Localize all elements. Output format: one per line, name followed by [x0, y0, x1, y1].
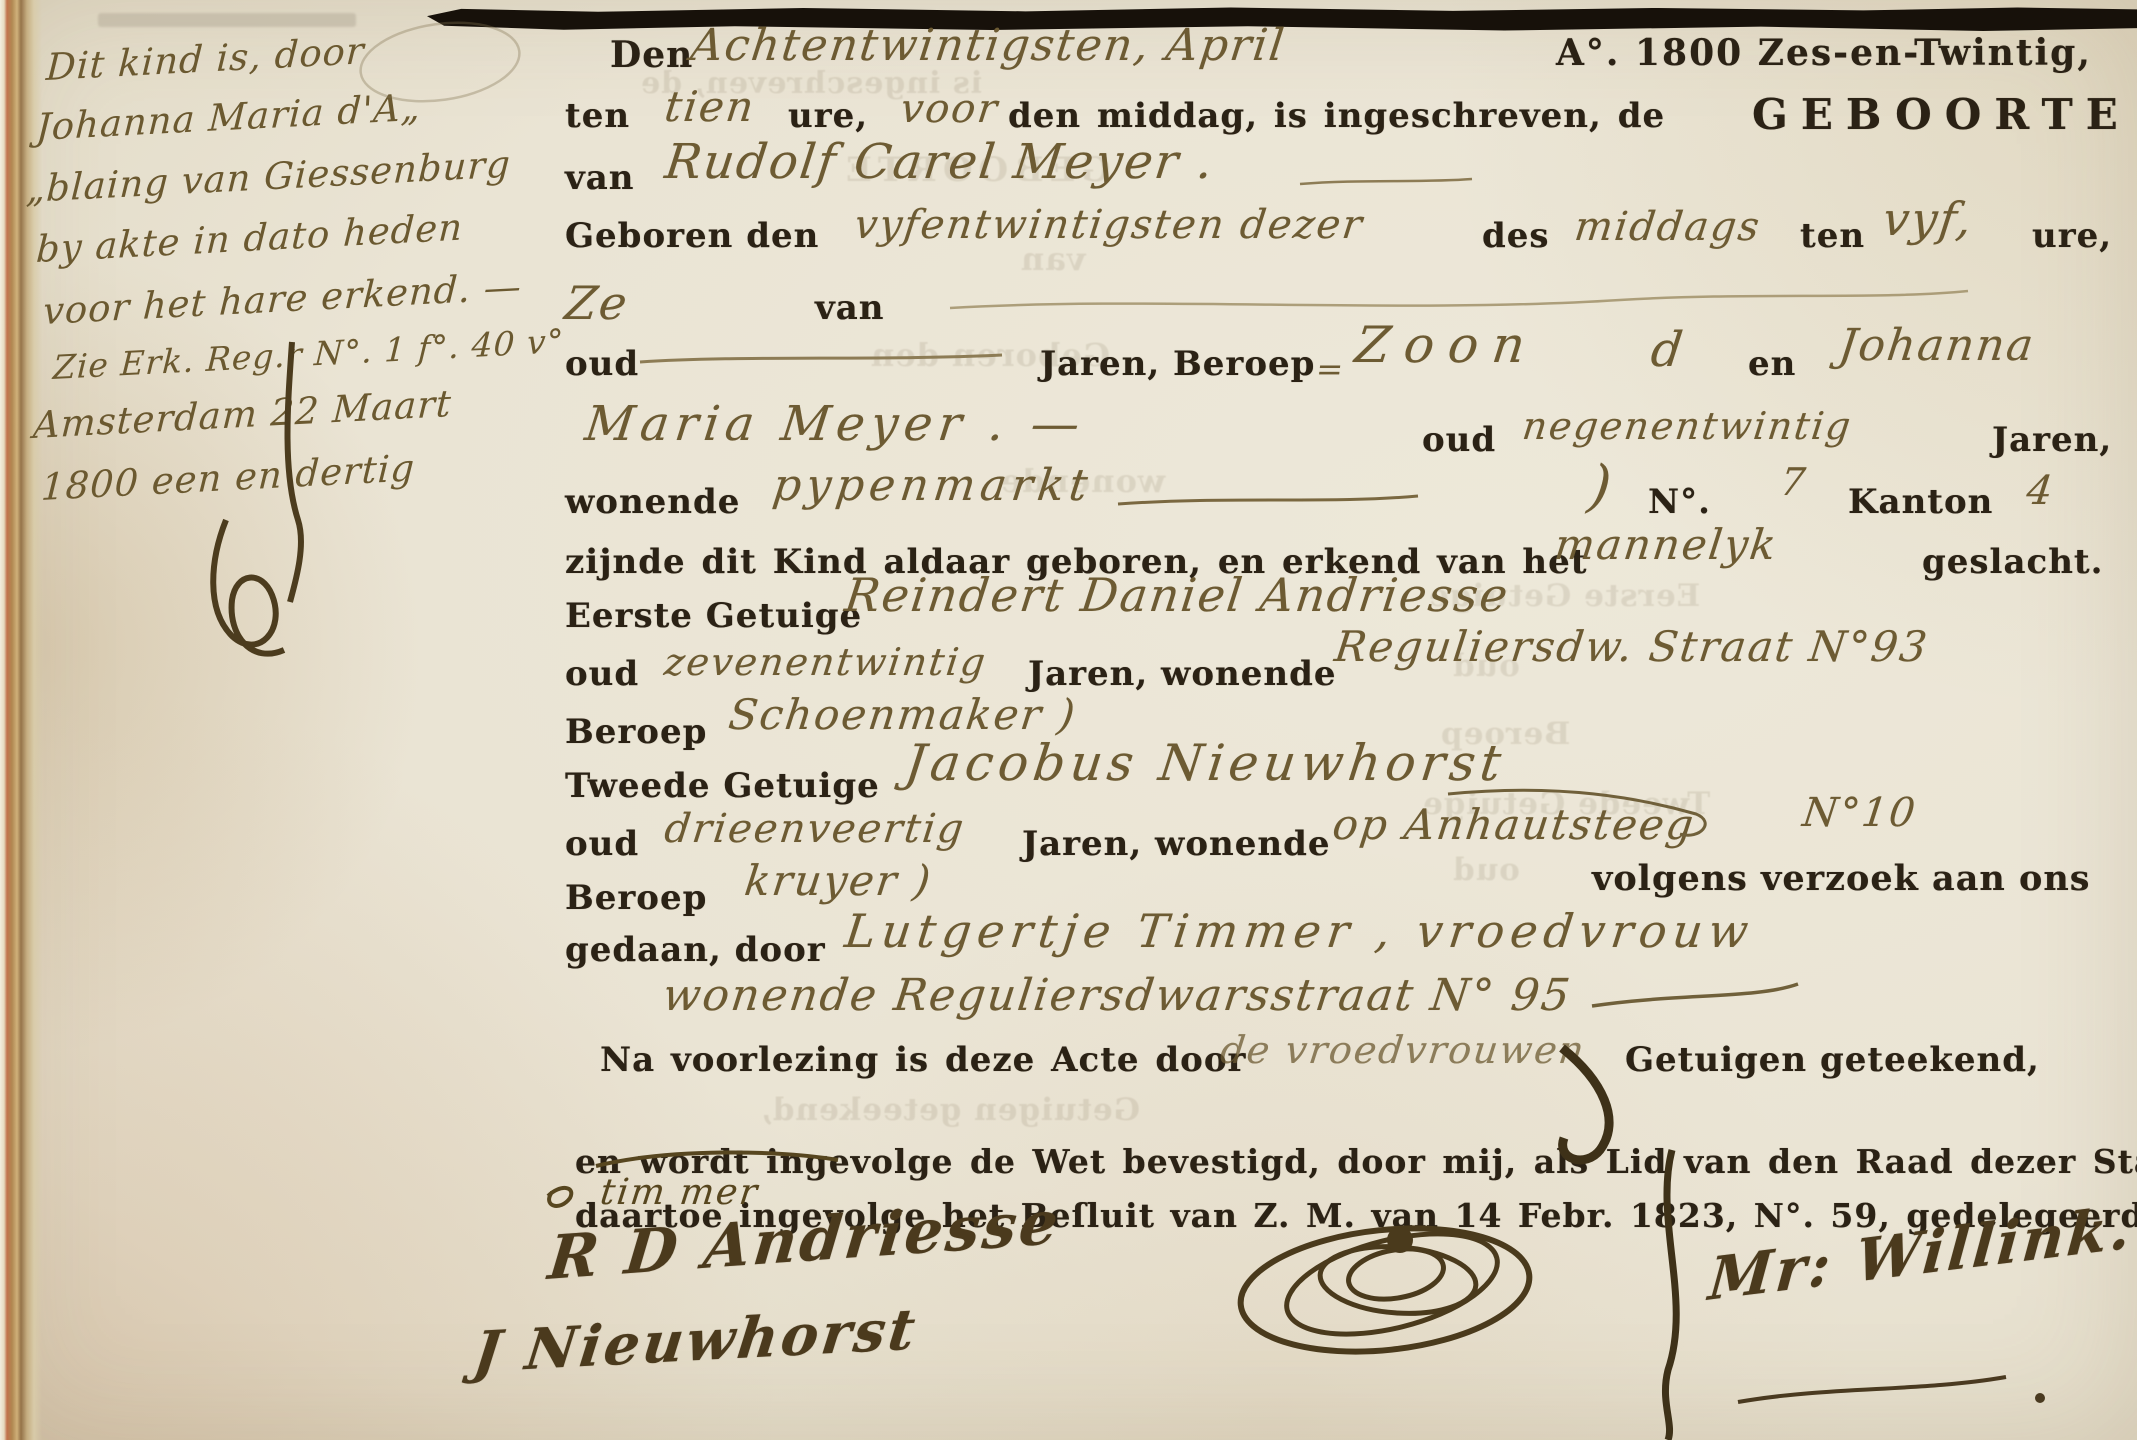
signature-witness2: J Nieuwhorst — [470, 1296, 922, 1386]
hw-daypart: voor — [898, 86, 1002, 132]
margin-paraph — [213, 520, 284, 654]
hw-witness1-age: zevenentwintig — [662, 640, 989, 684]
printed-closing-1: Na voorlezing is deze Acte door — [600, 1040, 1246, 1080]
hw-mother-address: pypenmarkt — [770, 460, 1095, 511]
bleedthrough-text: oud — [1452, 852, 1520, 888]
hw-birth-daypart: middags — [1572, 204, 1764, 250]
printed-label-des: des — [1482, 216, 1550, 256]
printed-label-geboren-den: Geboren den — [565, 216, 819, 256]
hw-birth-date: vyfentwintigsten dezer — [852, 202, 1366, 248]
book-binding-edge — [0, 0, 42, 1440]
printed-label-geslacht: geslacht. — [1922, 542, 2103, 582]
hw-witness2-name: Jacobus Nieuwhorst — [902, 734, 1509, 792]
printed-label-jaren-wonende-w1: Jaren, wonende — [1028, 654, 1336, 694]
hw-registration-hour: tien — [662, 82, 758, 131]
printed-label-ten-2: ten — [1800, 216, 1865, 256]
printed-label-ure-2: ure, — [2032, 216, 2112, 256]
margin-note-line: Johanna Maria d'A„ — [35, 86, 422, 149]
margin-note-line: 1800 een en dertig — [40, 446, 416, 509]
hw-birth-hour: vyf, — [1880, 192, 1977, 246]
printed-label-den: Den — [610, 34, 693, 76]
printed-label-oud-w2: oud — [565, 824, 639, 864]
printed-label-van: van — [565, 158, 635, 198]
hw-closing-insert: de vroedvrouwen — [1218, 1028, 1588, 1072]
hw-declarant: Lutgertje Timmer , vroedvrouw — [842, 904, 1757, 958]
hw-house-number: 7 — [1778, 460, 1810, 504]
hw-kanton: 4 — [2024, 468, 2057, 514]
printed-registration-text: den middag, is ingeschreven, de — [1008, 96, 1665, 136]
printed-label-beroep-w2: Beroep — [565, 878, 707, 918]
printed-volgens-verzoek: volgens verzoek aan ons — [1592, 858, 2091, 899]
ink-scribble — [1235, 1215, 1536, 1365]
hw-witness1-address: Reguliersdw. Straat N°93 — [1332, 622, 1932, 671]
hw-witness1-occupation: Schoenmaker ) — [726, 690, 1080, 739]
hw-mother-firstname: Johanna — [1836, 320, 2038, 371]
top-border-showthrough — [98, 13, 356, 27]
flourish-father-blank-line — [950, 291, 1968, 308]
printed-label-ure: ure, — [788, 96, 868, 136]
printed-label-jaren-beroep: Jaren, Beroep — [1040, 344, 1315, 384]
midwife-signature-squiggle — [548, 1188, 571, 1206]
printed-closing-3: en wordt ingevolge de Wet bevestigd, doo… — [575, 1142, 2137, 1181]
hw-witness2-age: drieenveertig — [662, 806, 968, 852]
flourish-after-declarant-address — [1592, 984, 1798, 1006]
hw-flourish-d: d — [1648, 322, 1688, 378]
margin-note-line: voor het hare erkend. — — [42, 265, 523, 333]
hw-witness1-name: Reindert Daniel Andriesse — [842, 568, 1512, 622]
margin-note-line: Zie Erk. Reg.r N°. 1 f°. 40 v° — [52, 321, 565, 387]
hw-registration-date: Achtentwintigsten, April — [688, 20, 1288, 71]
printed-label-ten: ten — [565, 96, 630, 136]
signature-underline — [1738, 1377, 2006, 1402]
printed-label-oud-w1: oud — [565, 654, 639, 694]
printed-label-van-2: van — [815, 288, 885, 328]
hw-child-name: Rudolf Carel Meyer . — [662, 134, 1218, 190]
printed-geboorte: GEBOORTE — [1752, 90, 2131, 139]
printed-label-jaren-wonende-w2: Jaren, wonende — [1022, 824, 1330, 864]
printed-label-en: en — [1748, 344, 1796, 384]
hw-paren: ) — [1585, 454, 1617, 519]
hw-mother-name: Maria Meyer . — — [582, 396, 1089, 452]
margin-note-line: „blaing van Giessenburg — [25, 142, 512, 211]
signature-midwife: tim mer — [598, 1172, 761, 1213]
printed-label-beroep-w1: Beroep — [565, 712, 707, 752]
hw-witness2-house-number: N°10 — [1800, 790, 1920, 836]
printed-gedaan-door: gedaan, door — [565, 930, 826, 970]
margin-note-line: by akte in dato heden — [35, 205, 464, 271]
margin-note-line: Dit kind is, door — [45, 29, 366, 89]
printed-label-no: N°. — [1648, 482, 1711, 522]
hw-dash: = — [1314, 350, 1347, 388]
hw-gender: mannelyk — [1552, 520, 1780, 569]
printed-label-oud: oud — [565, 344, 639, 384]
hw-father-prefix: Ze — [562, 276, 632, 330]
printed-closing-2: Getuigen geteekend, — [1625, 1040, 2040, 1080]
printed-label-oud-2: oud — [1422, 420, 1496, 460]
printed-label-wonende: wonende — [565, 482, 740, 522]
hw-son: Zoon — [1352, 316, 1542, 374]
printed-year: A°. 1800 Zes-en-Twintig, — [1556, 32, 2092, 74]
printed-label-jaren: Jaren, — [1992, 420, 2112, 460]
hw-witness2-occupation: kruyer ) — [742, 856, 935, 905]
printed-label-kanton: Kanton — [1848, 482, 1993, 522]
printed-label-eerste-getuige: Eerste Getuige — [565, 596, 862, 636]
hw-declarant-address: wonende Reguliersdwarsstraat N° 95 — [660, 970, 1574, 1021]
hw-mother-age: negenentwintig — [1520, 404, 1855, 448]
bleedthrough-text: Getuigen geteekend, — [760, 1092, 1140, 1128]
hw-witness2-address: op Anhautsteeg — [1330, 800, 1698, 849]
birth-record-page: is ingeschreven, de GEBOORTE van Geboren… — [0, 0, 2137, 1440]
flourish-after-child-name — [1300, 179, 1472, 184]
signature-dot — [2035, 1393, 2045, 1403]
margin-note-line: Amsterdam 22 Maart — [32, 382, 453, 447]
ink-vertical-stroke — [1665, 1150, 1676, 1440]
printed-label-tweede-getuige: Tweede Getuige — [565, 766, 880, 806]
